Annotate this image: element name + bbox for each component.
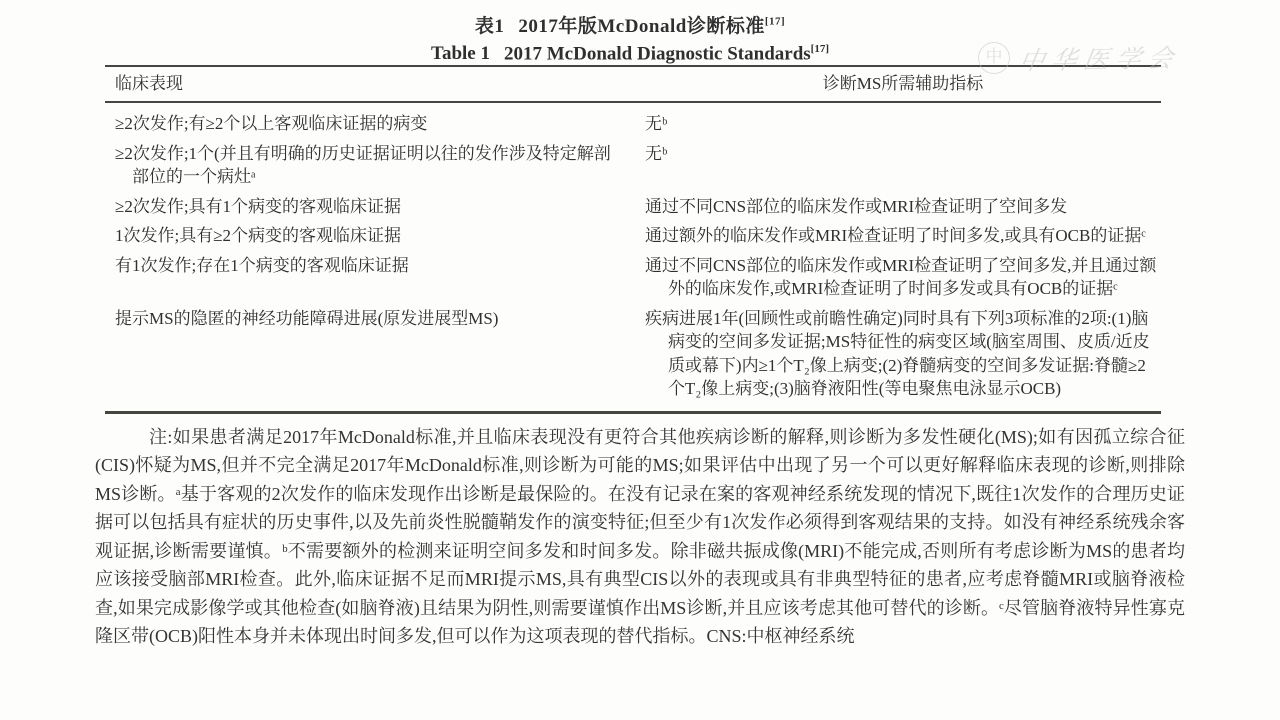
table-body: ≥2次发作;有≥2个以上客观临床证据的病变 无ᵇ ≥2次发作;1个(并且有明确的… [105,103,1161,411]
aux-indicator-cell: 无ᵇ [645,142,1161,189]
table-row: 1次发作;具有≥2个病变的客观临床证据 通过额外的临床发作或MRI检查证明了时间… [105,224,1161,248]
table-row: 提示MS的隐匿的神经功能障碍进展(原发进展型MS) 疾病进展1年(回顾性或前瞻性… [105,307,1161,401]
header-aux-indicators: 诊断MS所需辅助指标 [645,73,1161,95]
clinical-presentation-cell: 1次发作;具有≥2个病变的客观临床证据 [105,224,645,248]
aux-indicator-cell: 无ᵇ [645,112,1161,136]
table-label-en: Table 1 [431,43,490,64]
table-row: ≥2次发作;1个(并且有明确的历史证据证明以往的发作涉及特定解剖部位的一个病灶ᵃ… [105,142,1161,189]
table-footnote: 注:如果患者满足2017年McDonald标准,并且临床表现没有更符合其他疾病诊… [95,423,1185,651]
table-title-block: 表12017年版McDonald诊断标准[17] Table 12017 McD… [100,0,1160,65]
table-bottom-rule [105,411,1161,414]
aux-indicator-cell: 通过不同CNS部位的临床发作或MRI检查证明了空间多发 [645,195,1161,219]
clinical-presentation-cell: ≥2次发作;有≥2个以上客观临床证据的病变 [105,112,645,136]
clinical-presentation-cell: 有1次发作;存在1个病变的客观临床证据 [105,254,645,301]
diagnostic-criteria-table: 临床表现 诊断MS所需辅助指标 [105,67,1161,101]
aux-indicator-cell: 通过额外的临床发作或MRI检查证明了时间多发,或具有OCB的证据ᶜ [645,224,1161,248]
table-row: ≥2次发作;有≥2个以上客观临床证据的病变 无ᵇ [105,112,1161,136]
table-title-en: Table 12017 McDonald Diagnostic Standard… [100,43,1160,65]
table-label-zh: 表1 [475,16,505,37]
table-title-en-text: 2017 McDonald Diagnostic Standards [504,43,811,64]
aux-indicator-cell: 疾病进展1年(回顾性或前瞻性确定)同时具有下列3项标准的2项:(1)脑病变的空间… [645,307,1161,401]
table-row: ≥2次发作;具有1个病变的客观临床证据 通过不同CNS部位的临床发作或MRI检查… [105,195,1161,219]
header-clinical-presentation: 临床表现 [105,73,645,95]
aux-indicator-cell: 通过不同CNS部位的临床发作或MRI检查证明了空间多发,并且通过额外的临床发作,… [645,254,1161,301]
table-header-row: 临床表现 诊断MS所需辅助指标 [105,67,1161,101]
title-en-citation: [17] [811,43,829,55]
journal-page: 中 中华医学会 表12017年版McDonald诊断标准[17] Table 1… [0,0,1280,720]
title-zh-citation: [17] [765,16,785,28]
clinical-presentation-cell: 提示MS的隐匿的神经功能障碍进展(原发进展型MS) [105,307,645,401]
clinical-presentation-cell: ≥2次发作;具有1个病变的客观临床证据 [105,195,645,219]
table-title-zh: 表12017年版McDonald诊断标准[17] [100,0,1160,38]
table-title-zh-text: 2017年版McDonald诊断标准 [518,16,765,37]
clinical-presentation-cell: ≥2次发作;1个(并且有明确的历史证据证明以往的发作涉及特定解剖部位的一个病灶ᵃ [105,142,645,189]
table-row: 有1次发作;存在1个病变的客观临床证据 通过不同CNS部位的临床发作或MRI检查… [105,254,1161,301]
